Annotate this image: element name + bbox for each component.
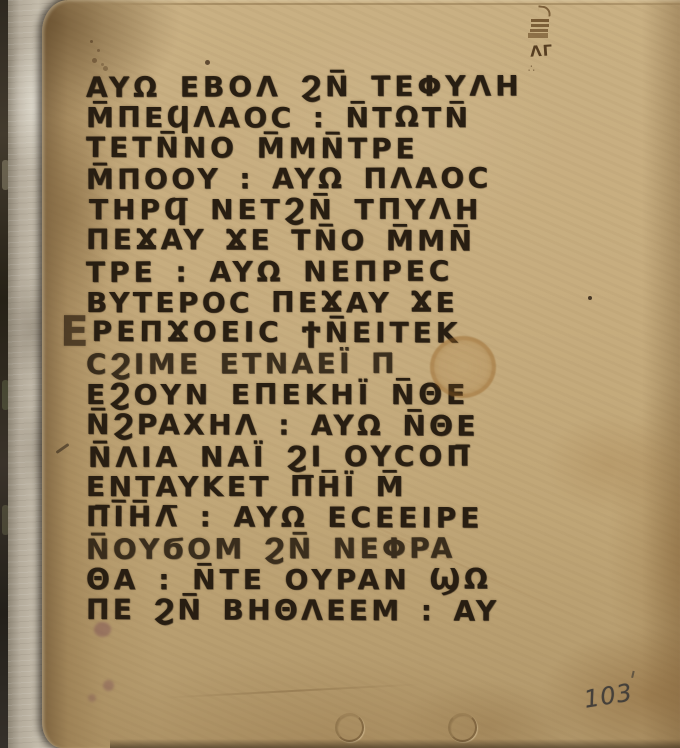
quire-mark-flourish (538, 5, 552, 16)
line-text: M̅ΠEϤΛAOC : N̅TΩTN̅ (86, 101, 471, 134)
text-line: M̅ΠEϤΛAOC : N̅TΩTN̅ (86, 103, 616, 134)
line-text: AYΩ EBOΛ ϨN̅ TEΦYΛH (86, 69, 523, 104)
text-line: THPϤ̅ NETϨN̅ TΠYΛH (89, 195, 616, 226)
large-initial-letter: E (60, 307, 89, 356)
ring-imprint (448, 713, 477, 742)
faded-letter: Π (353, 347, 398, 380)
text-line: ΠE ϨN̅ BHΘΛEEM : AY (86, 594, 616, 627)
ring-imprint (335, 713, 364, 742)
page-top-edge-line (102, 3, 680, 5)
line-text: M̅ΠOOY : AYΩ ΠΛAOC (86, 162, 492, 196)
line-text: TPE : AYΩ NEΠPEC (86, 254, 454, 288)
text-line: Π̅I̅H̅Λ̅ : AYΩ ECEEIPE (86, 502, 616, 535)
text-line: N̅ΛIA NAÏ ϨI OYCOΠ̅ (88, 441, 616, 474)
line-text: N̅ϨPAXHΛ : AYΩ N̅ΘE (86, 408, 479, 443)
page-bottom-shadow (110, 739, 680, 748)
text-line: N̅ϨPAXHΛ : AYΩ N̅ΘE (86, 410, 616, 443)
ink-speck (205, 60, 210, 65)
line-text: BYTEPOC ΠEϪAY ϪE (86, 286, 458, 319)
text-line: EϨOYN EΠEKHÏ N̅ΘE (86, 380, 616, 411)
text-line: CϨIME ETNAEÏ Π (86, 348, 616, 381)
line-text: N̅OYϬOM ϨN̅ NEΦPA (86, 532, 456, 566)
line-text: TETN̅NO M̅MN̅TPE (86, 130, 419, 164)
text-line: BYTEPOC ΠEϪAY ϪE (86, 288, 616, 319)
circular-stain (430, 336, 496, 398)
text-line: AYΩ EBOΛ ϨN̅ TEΦYΛH (86, 71, 616, 104)
line-text: CϨIME ETNAEÏ (86, 347, 353, 381)
quire-mark-letters: ΛΓ (529, 41, 553, 61)
purple-stain (88, 694, 96, 702)
quire-mark-lines (531, 19, 549, 22)
line-text: EϨOYN EΠEKHÏ N̅ΘE (86, 378, 469, 411)
line-text: ΘA : N̅TE OYPAN ϢΩ (86, 563, 492, 596)
line-text: N̅ΛIA NAÏ ϨI OYCOΠ̅ (88, 439, 474, 473)
text-line: M̅ΠOOY : AYΩ ΠΛAOC (86, 163, 616, 196)
line-text: PEΠϪOEIC ϮN̅EITEK (92, 315, 462, 350)
text-line: TPE : AYΩ NEΠPEC (86, 256, 616, 289)
text-line: ΠEϪAY ϪE TN̅O M̅MN̅ (86, 225, 616, 258)
text-line: ENTAYKET Π̅H̅Ï M̅ (86, 472, 616, 503)
manuscript-page-photo: ΛΓ ∴ AYΩ EBOΛ ϨN̅ TEΦYΛHM̅ΠEϤΛAOC : N̅TΩ… (0, 0, 680, 748)
line-text: ΠEϪAY ϪE TN̅O M̅MN̅ (86, 223, 475, 258)
text-block: AYΩ EBOΛ ϨN̅ TEΦYΛHM̅ΠEϤΛAOC : N̅TΩTN̅TE… (86, 72, 616, 626)
parchment-crease (162, 683, 422, 699)
text-line: TETN̅NO M̅MN̅TPE (86, 132, 616, 165)
line-text: ENTAYKET Π̅H̅Ï M̅ (86, 470, 407, 503)
line-text: THPϤ̅ NETϨN̅ TΠYΛH (89, 193, 482, 226)
faded-ink-marks (90, 40, 93, 43)
line-text: Π̅I̅H̅Λ̅ : AYΩ ECEEIPE (86, 500, 484, 535)
text-line: EPEΠϪOEIC ϮN̅EITEK (86, 317, 616, 350)
line-text: ΠE ϨN̅ BHΘΛEEM : AY (86, 592, 500, 627)
text-line: ΘA : N̅TE OYPAN ϢΩ (86, 565, 616, 596)
text-line: N̅OYϬOM ϨN̅ NEΦPA (86, 533, 616, 566)
purple-stain (103, 680, 114, 691)
quire-mark: ΛΓ ∴ (522, 6, 564, 76)
